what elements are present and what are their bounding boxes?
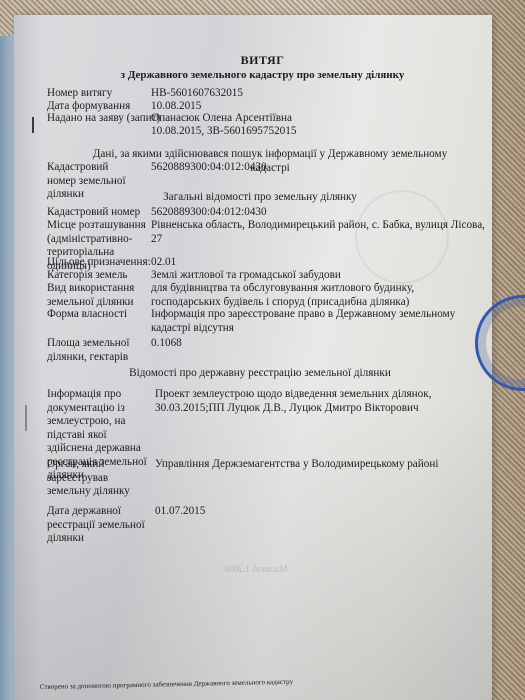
- field-value: Опанасюк Олена Арсентіївна: [151, 112, 491, 126]
- field-value: НВ-5601607632015: [151, 87, 491, 101]
- bleed-through-scale-text: Масштаб 1:2000: [225, 563, 288, 577]
- section-heading-general: Загальні відомості про земельну ділянку: [60, 191, 460, 205]
- field-value: 0.1068: [151, 337, 491, 351]
- field-label: Дата державної реєстрації земельної діля…: [47, 505, 145, 546]
- field-value: Рівненська область, Володимирецький райо…: [151, 219, 491, 246]
- field-value: Землі житлової та громадської забудови: [151, 269, 491, 283]
- section-heading-registration: Відомості про державну реєстрацію земель…: [100, 367, 420, 381]
- field-label: Вид використання земельної ділянки: [47, 282, 142, 309]
- margin-mark: [25, 405, 27, 431]
- field-value: 5620889300:04:012:0430: [151, 206, 491, 220]
- field-label: Цільове призначення:: [47, 256, 151, 270]
- field-value: 01.07.2015: [155, 505, 495, 519]
- field-label: Орган, який зареєстрував земельну ділянк…: [47, 458, 151, 499]
- field-label: Номер витягу: [47, 87, 151, 101]
- field-label: Площа земельної ділянки, гектарів: [47, 337, 137, 364]
- field-label: Категорія земель: [47, 269, 151, 283]
- document-title: ВИТЯГ: [0, 54, 525, 68]
- document-subtitle: з Державного земельного кадастру про зем…: [0, 69, 525, 83]
- field-value: Інформація про зареєстроване право в Дер…: [151, 308, 471, 335]
- footer-note: Створено за допомогою програмного забезп…: [40, 676, 293, 695]
- field-value: 5620889300:04:012:0430: [151, 161, 491, 175]
- field-label: Форма власності: [47, 308, 151, 322]
- field-value-2: 10.08.2015, ЗВ-5601695752015: [151, 125, 491, 139]
- field-value: для будівництва та обслуговування житлов…: [151, 282, 471, 309]
- margin-mark: [32, 117, 34, 133]
- field-value: Проект землеустрою щодо відведення земел…: [155, 388, 475, 415]
- field-value: Управління Держземагентства у Володимире…: [155, 458, 495, 472]
- field-label: Кадастровий номер: [47, 206, 151, 220]
- cadastre-extract: ВИТЯГ з Державного земельного кадастру п…: [0, 0, 525, 700]
- field-value: 02.01: [151, 256, 491, 270]
